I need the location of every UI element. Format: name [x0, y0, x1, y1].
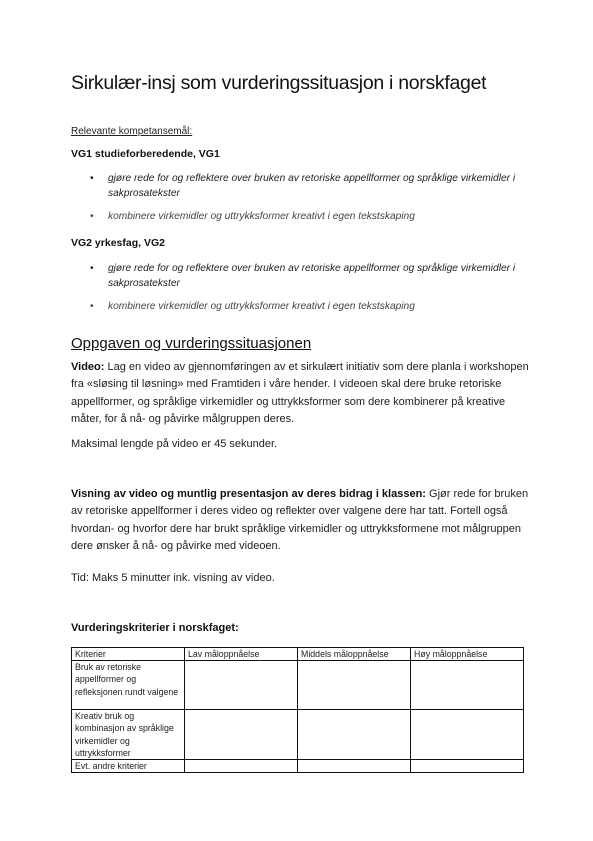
column-header: Middels måloppnåelse: [298, 648, 411, 661]
list-item: • gjøre rede for og reflektere over bruk…: [90, 261, 530, 291]
table-row: Bruk av retoriske appellformer og reflek…: [72, 661, 524, 710]
presentation-paragraph: Visning av video og muntlig presentasjon…: [71, 486, 531, 555]
bullet-icon: •: [90, 299, 94, 314]
table-cell: [298, 760, 411, 773]
list-item: • gjøre rede for og reflektere over bruk…: [90, 171, 530, 201]
presentation-label: Visning av video og muntlig presentasjon…: [71, 488, 426, 500]
video-label: Video:: [71, 361, 104, 373]
presentation-time: Tid: Maks 5 minutter ink. visning av vid…: [71, 570, 531, 587]
table-cell: Evt. andre kriterier: [72, 760, 185, 773]
page-title: Sirkulær-insj som vurderingssituasjon i …: [71, 72, 486, 95]
competence-label: Relevante kompetansemål:: [71, 126, 192, 137]
table-row: Evt. andre kriterier: [72, 760, 524, 773]
table-cell: [185, 710, 298, 760]
bullet-icon: •: [90, 209, 94, 224]
group-heading-vg1: VG1 studieforberedende, VG1: [71, 148, 220, 160]
table-row: Kreativ bruk og kombinasjon av språklige…: [72, 710, 524, 760]
section-heading: Oppgaven og vurderingssituasjonen: [71, 335, 311, 352]
table-cell: [185, 661, 298, 710]
column-header: Lav måloppnåelse: [185, 648, 298, 661]
table-cell: Kreativ bruk og kombinasjon av språklige…: [72, 710, 185, 760]
criteria-heading: Vurderingskriterier i norskfaget:: [71, 622, 239, 634]
column-header: Kriterier: [72, 648, 185, 661]
table-cell: [298, 710, 411, 760]
list-item: • kombinere virkemidler og uttrykksforme…: [90, 299, 530, 314]
criteria-table: Kriterier Lav måloppnåelse Middels målop…: [71, 647, 524, 773]
video-max-length: Maksimal lengde på video er 45 sekunder.: [71, 436, 531, 453]
bullet-icon: •: [90, 261, 94, 276]
list-item: • kombinere virkemidler og uttrykksforme…: [90, 209, 530, 224]
bullet-icon: •: [90, 171, 94, 186]
table-cell: [411, 710, 524, 760]
table-cell: [411, 661, 524, 710]
video-paragraph: Video: Lag en video av gjennomføringen a…: [71, 359, 531, 428]
table-cell: [298, 661, 411, 710]
table-cell: [411, 760, 524, 773]
table-header-row: Kriterier Lav måloppnåelse Middels målop…: [72, 648, 524, 661]
table-cell: [185, 760, 298, 773]
table-cell: Bruk av retoriske appellformer og reflek…: [72, 661, 185, 710]
group-heading-vg2: VG2 yrkesfag, VG2: [71, 237, 165, 249]
column-header: Høy måloppnåelse: [411, 648, 524, 661]
